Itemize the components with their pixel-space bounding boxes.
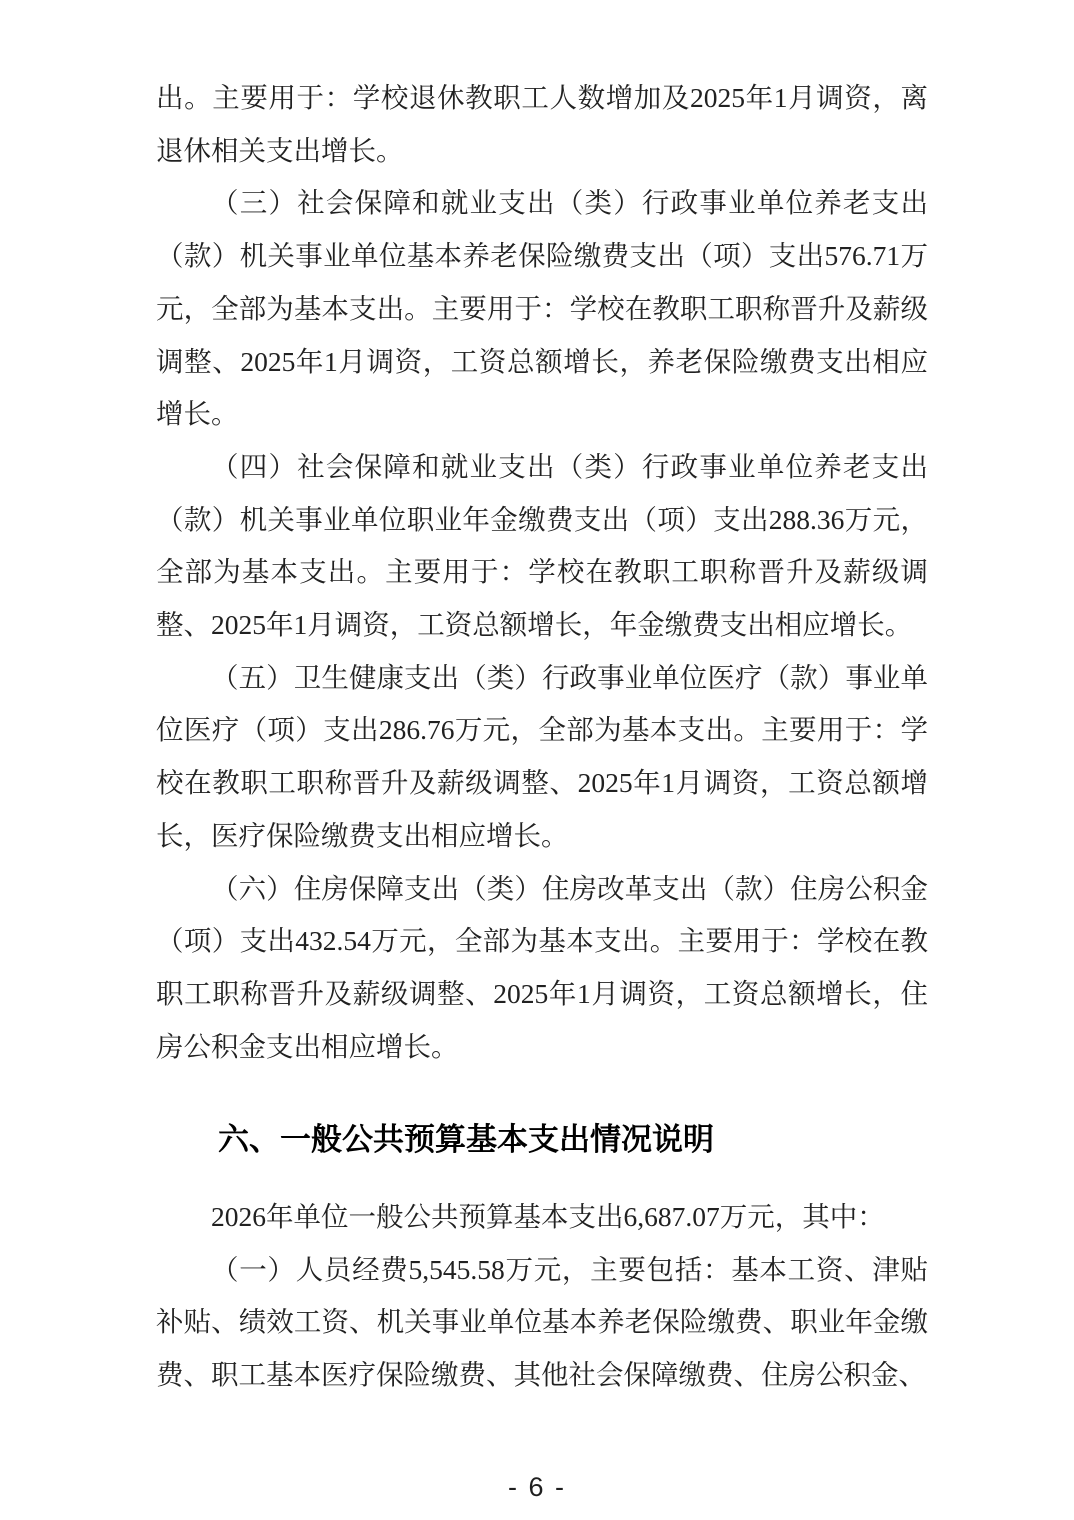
paragraph-item-6-housing-fund: （六）住房保障支出（类）住房改革支出（款）住房公积金（项）支出432.54万元，… (156, 863, 928, 1074)
document-page: 出。主要用于：学校退休教职工人数增加及2025年1月调资，离退休相关支出增长。 … (0, 0, 1074, 1520)
page-number: - 6 - (0, 1472, 1074, 1503)
document-body: 出。主要用于：学校退休教职工人数增加及2025年1月调资，离退休相关支出增长。 … (156, 72, 928, 1402)
paragraph-item-5-medical-insurance: （五）卫生健康支出（类）行政事业单位医疗（款）事业单位医疗（项）支出286.76… (156, 652, 928, 863)
paragraph-item-4-occupational-annuity: （四）社会保障和就业支出（类）行政事业单位养老支出（款）机关事业单位职业年金缴费… (156, 441, 928, 652)
paragraph-item-3-pension-insurance: （三）社会保障和就业支出（类）行政事业单位养老支出（款）机关事业单位基本养老保险… (156, 177, 928, 441)
paragraph-continuation: 出。主要用于：学校退休教职工人数增加及2025年1月调资，离退休相关支出增长。 (156, 72, 928, 177)
section-heading-basic-expenditure: 六、一般公共预算基本支出情况说明 (156, 1114, 928, 1167)
paragraph-basic-expenditure-intro: 2026年单位一般公共预算基本支出6,687.07万元，其中： (156, 1191, 928, 1244)
paragraph-item-1-personnel-expense: （一）人员经费5,545.58万元，主要包括：基本工资、津贴补贴、绩效工资、机关… (156, 1244, 928, 1402)
